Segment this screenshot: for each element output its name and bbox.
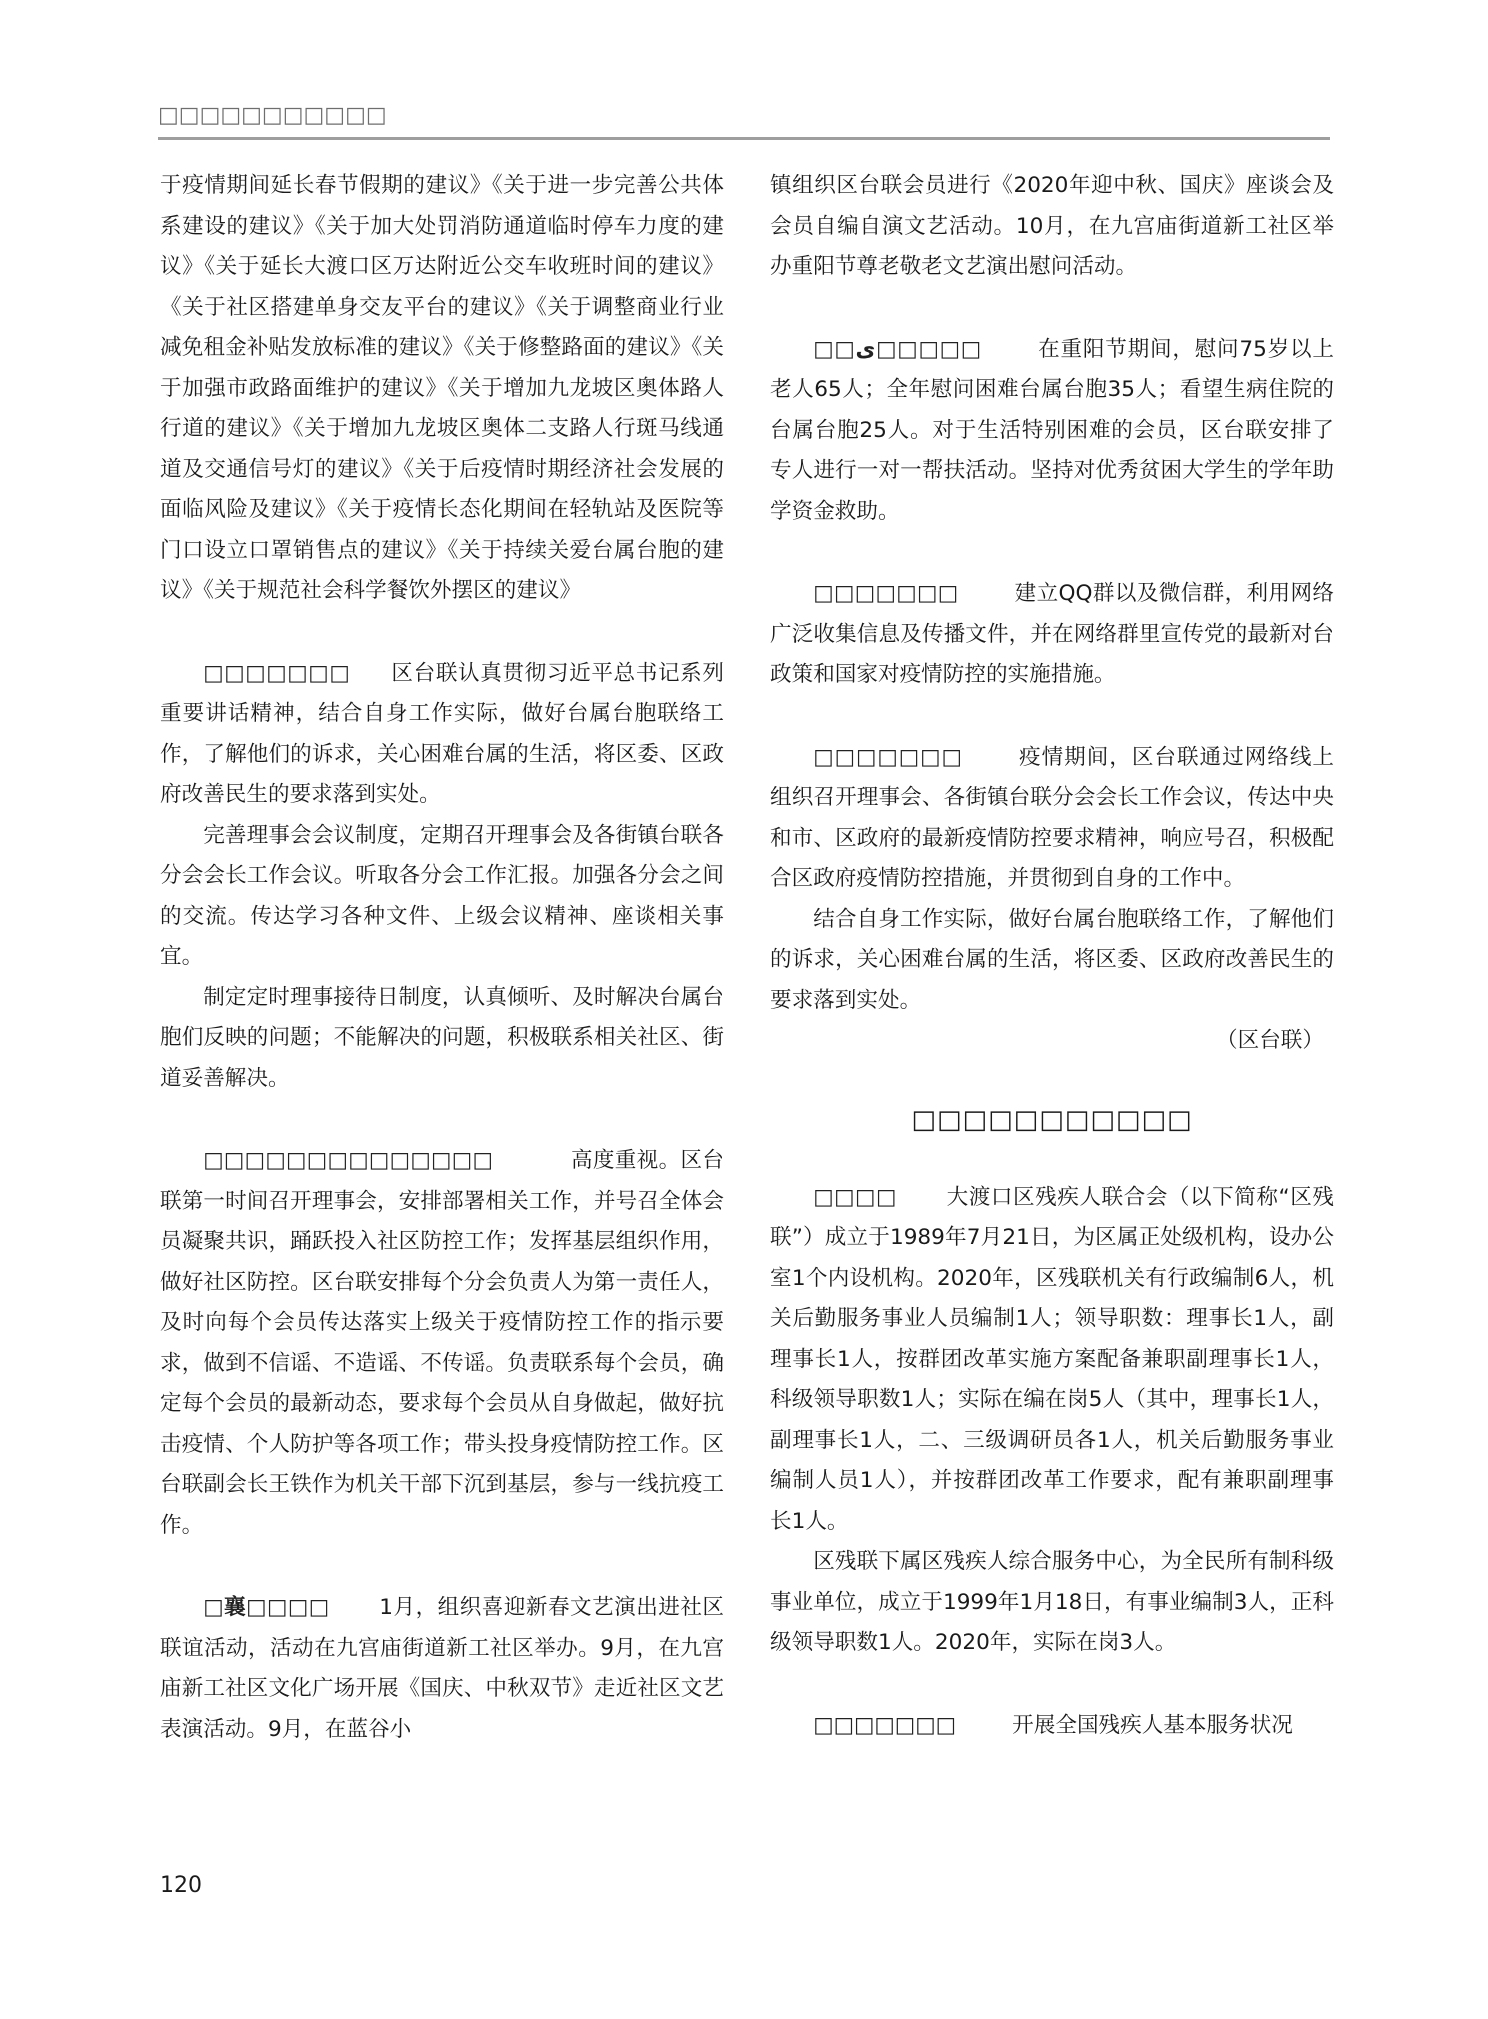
section-paragraph: □□□□□□□区台联认真贯彻习近平总书记系列重要讲话精神，结合自身工作实际，做好… bbox=[160, 654, 724, 816]
spacer bbox=[770, 1664, 1334, 1706]
paragraph-text: 在重阳节期间，慰问75岁以上老人65人；全年慰问困难台属台胞35人；看望生病住院… bbox=[770, 337, 1334, 524]
run-in-heading: □襄□□□□ bbox=[203, 1595, 329, 1620]
section-paragraph: □□□□大渡口区残疾人联合会（以下简称“区残联”）成立于1989年7月21日，为… bbox=[770, 1178, 1334, 1543]
spacer bbox=[770, 532, 1334, 574]
paragraph: 完善理事会会议制度，定期召开理事会及各街镇台联各分会会长工作会议。听取各分会工作… bbox=[160, 816, 724, 978]
page-number: 120 bbox=[160, 1873, 202, 1898]
paragraph-text: 开展全国残疾人基本服务状况 bbox=[1012, 1713, 1293, 1738]
spacer bbox=[770, 288, 1334, 330]
paragraph: 区残联下属区残疾人综合服务中心，为全民所有制科级事业单位，成立于1999年1月1… bbox=[770, 1542, 1334, 1664]
section-paragraph: □□ى□□□□□在重阳节期间，慰问75岁以上老人65人；全年慰问困难台属台胞35… bbox=[770, 330, 1334, 533]
spacer bbox=[160, 612, 724, 654]
paragraph: 于疫情期间延长春节假期的建议》《关于进一步完善公共体系建设的建议》《关于加大处罚… bbox=[160, 166, 724, 612]
section-paragraph: □□□□□□□□□□□□□□高度重视。区台联第一时间召开理事会，安排部署相关工作… bbox=[160, 1141, 724, 1546]
run-in-heading: □□□□□□□□□□□□□□ bbox=[203, 1148, 493, 1173]
section-paragraph: □□□□□□□疫情期间，区台联通过网络线上组织召开理事会、各街镇台联分会会长工作… bbox=[770, 738, 1334, 900]
paragraph: 镇组织区台联会员进行《2020年迎中秋、国庆》座谈会及会员自编自演文艺活动。10… bbox=[770, 166, 1334, 288]
left-column: 于疫情期间延长春节假期的建议》《关于进一步完善公共体系建设的建议》《关于加大处罚… bbox=[160, 166, 724, 1750]
run-in-heading: □□□□□□□ bbox=[813, 581, 958, 606]
run-in-heading: □□□□□□□ bbox=[813, 1713, 956, 1738]
section-paragraph: □□□□□□□开展全国残疾人基本服务状况 bbox=[770, 1706, 1334, 1747]
paragraph-text: 大渡口区残疾人联合会（以下简称“区残联”）成立于1989年7月21日，为区属正处… bbox=[770, 1185, 1334, 1534]
right-column: 镇组织区台联会员进行《2020年迎中秋、国庆》座谈会及会员自编自演文艺活动。10… bbox=[770, 166, 1334, 1746]
run-in-heading: □□□□□□□ bbox=[203, 661, 350, 686]
paragraph: 结合自身工作实际，做好台属台胞联络工作，了解他们的诉求，关心困难台属的生活，将区… bbox=[770, 900, 1334, 1022]
section-paragraph: □□□□□□□建立QQ群以及微信群，利用网络广泛收集信息及传播文件，并在网络群里… bbox=[770, 574, 1334, 696]
source-credit: （区台联） bbox=[770, 1021, 1334, 1062]
spacer bbox=[160, 1099, 724, 1141]
run-in-heading: □□ى□□□□□ bbox=[813, 337, 982, 362]
run-in-heading: □□□□□□□ bbox=[813, 745, 963, 770]
spacer bbox=[160, 1546, 724, 1588]
run-in-heading: □□□□ bbox=[813, 1185, 897, 1210]
paragraph-text: 高度重视。区台联第一时间召开理事会，安排部署相关工作，并号召全体会员凝聚共识，踊… bbox=[160, 1148, 724, 1538]
paragraph: 制定定时理事接待日制度，认真倾听、及时解决台属台胞们反映的问题；不能解决的问题，… bbox=[160, 978, 724, 1100]
spacer bbox=[770, 696, 1334, 738]
section-paragraph: □襄□□□□1月，组织喜迎新春文艺演出进社区联谊活动，活动在九宫庙街道新工社区举… bbox=[160, 1588, 724, 1750]
header-rule bbox=[158, 137, 1330, 140]
section-title: □□□□□□□□□□□ bbox=[770, 1098, 1334, 1142]
running-head: □□□□□□□□□□□ bbox=[158, 103, 387, 128]
